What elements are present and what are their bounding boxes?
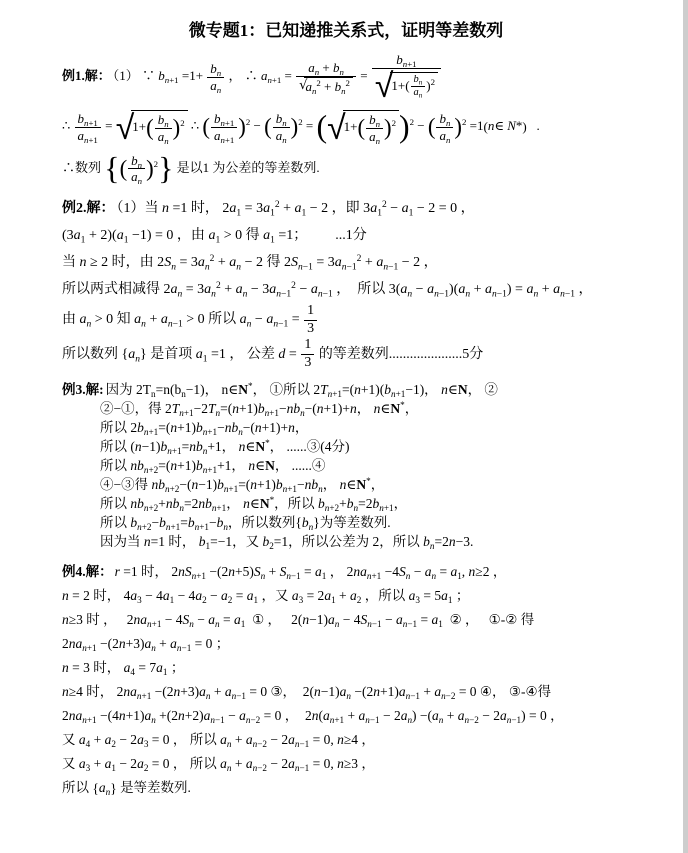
example-1-label: 例1.解： [62,68,111,83]
math-line: ∴ bn+1an+1 = √1+(bnan)2 ∴ (bn+1an+1)2 − … [62,110,630,144]
example-4-solution: 例4.解：r =1 时， 2nSn+1 −(2n+5)Sn + Sn−1 = a… [62,560,630,800]
example-1-solution: 例1.解：（1） ∵ bn+1 =1+ bnan ， ∴ an+1 = an +… [62,52,630,185]
math-line: 所以 bn+2−bn+1=bn+1−bn，所以数列{bn}为等差数列. [62,513,630,532]
formula: 所以数列 {an} 是首项 a1 =1 ， 公差 d = 13 的等差数列...… [62,347,483,362]
math-line: 因为当 n=1 时， b1=−1，又 b2=1，所以公差为 2，所以 bn=2n… [62,532,630,551]
math-line: 例1.解：（1） ∵ bn+1 =1+ bnan ， ∴ an+1 = an +… [62,52,630,102]
formula: 所以 {an} 是等差数列. [62,780,191,795]
formula: 所以 nbn+2+nbn=2nbn+1， n∈N*，所以 bn+2+bn=2bn… [100,496,407,511]
formula: 又 a3 + a1 − 2a2 = 0 ， 所以 an + an−2 − 2an… [62,756,375,771]
formula: 2nan+1 −(2n+3)an + an−1 = 0 ； [62,636,229,651]
formula: 所以两式相减得 2an = 3an2 + an − 3an−12 − an−1 … [62,282,593,297]
math-line: 所以数列 {an} 是首项 a1 =1 ， 公差 d = 13 的等差数列...… [62,337,630,372]
formula: ∴ bn+1an+1 = √1+(bnan)2 ∴ (bn+1an+1)2 − … [62,118,540,133]
math-line: ∴数列 {(bnan)2} 是以1 为公差的等差数列. [62,153,630,185]
math-line: n = 3 时， a4 = 7a1 ； [62,656,630,680]
math-line: 所以两式相减得 2an = 3an2 + an − 3an−12 − an−1 … [62,276,630,303]
formula: 所以 2bn+1=(n+1)bn+1−nbn−(n+1)+n， [100,420,308,435]
math-line: 例2.解：（1）当 n =1 时， 2a1 = 3a12 + a1 − 2 ，即… [62,195,630,222]
math-line: 所以 {an} 是等差数列. [62,776,630,800]
math-line: 当 n ≥ 2 时，由 2Sn = 3an2 + an − 2 得 2Sn−1 … [62,249,630,276]
math-document: 微专题1：已知递推关系式，证明等差数列 例1.解：（1） ∵ bn+1 =1+ … [0,0,688,800]
formula: 当 n ≥ 2 时，由 2Sn = 3an2 + an − 2 得 2Sn−1 … [62,255,438,270]
formula: 2nan+1 −(4n+1)an +(2n+2)an−1 − an−2 = 0 … [62,708,564,723]
example-2-label: 例2.解： [62,201,115,216]
formula: ④−③得 nbn+2−(n−1)bn+1=(n+1)bn+1−nbn， n∈N*… [100,477,384,492]
math-line: (3a1 + 2)(a1 −1) = 0 ，由 a1 > 0 得 a1 =1； … [62,222,630,249]
math-line: 例4.解：r =1 时， 2nSn+1 −(2n+5)Sn + Sn−1 = a… [62,560,630,584]
formula: 所以 nbn+2=(n+1)bn+1+1， n∈N， ......④ [100,458,325,473]
math-line: 例3.解:因为 2Tn=n(bn−1)， n∈N*， ①所以 2Tn+1=(n+… [62,380,630,399]
math-line: 所以 (n−1)bn+1=nbn+1， n∈N*， ......③(4分) [62,437,630,456]
formula: 因为当 n=1 时， b1=−1，又 b2=1，所以公差为 2，所以 bn=2n… [100,534,473,549]
formula: r =1 时， 2nSn+1 −(2n+5)Sn + Sn−1 = a1 ， 2… [115,564,507,579]
formula: （1） ∵ bn+1 =1+ bnan ， ∴ an+1 = an + bn√a… [113,68,442,83]
math-line: 由 an > 0 知 an + an−1 > 0 所以 an − an−1 = … [62,303,630,338]
page-title: 微专题1：已知递推关系式，证明等差数列 [62,20,630,42]
math-line: 又 a3 + a1 − 2a2 = 0 ， 所以 an + an−2 − 2an… [62,752,630,776]
math-line: 2nan+1 −(4n+1)an +(2n+2)an−1 − an−2 = 0 … [62,704,630,728]
formula: ∴数列 {(bnan)2} 是以1 为公差的等差数列. [62,160,320,175]
formula: ②−①，得 2Tn+1−2Tn=(n+1)bn+1−nbn−(n+1)+n， n… [100,401,418,416]
formula: 所以 bn+2−bn+1=bn+1−bn，所以数列{bn}为等差数列. [100,515,391,530]
example-4-label: 例4.解： [62,564,113,579]
formula: （1）当 n =1 时， 2a1 = 3a12 + a1 − 2 ，即 3a12… [117,201,475,216]
math-line: 所以 2bn+1=(n+1)bn+1−nbn−(n+1)+n， [62,418,630,437]
example-2-solution: 例2.解：（1）当 n =1 时， 2a1 = 3a12 + a1 − 2 ，即… [62,195,630,372]
formula: 又 a4 + a2 − 2a3 = 0 ， 所以 an + an−2 − 2an… [62,732,375,747]
page-edge-strip [683,0,688,853]
worksheet-page: { "colors": { "text": "#000000", "bg": "… [0,0,688,853]
formula: 所以 (n−1)bn+1=nbn+1， n∈N*， ......③(4分) [100,439,350,454]
formula: 由 an > 0 知 an + an−1 > 0 所以 an − an−1 = … [62,312,318,327]
formula: n = 2 时， 4a3 − 4a1 − 4a2 − a2 = a1 ，又 a3… [62,588,469,603]
math-line: ②−①，得 2Tn+1−2Tn=(n+1)bn+1−nbn−(n+1)+n， n… [62,399,630,418]
math-line: 所以 nbn+2+nbn=2nbn+1， n∈N*，所以 bn+2+bn=2bn… [62,494,630,513]
math-line: ④−③得 nbn+2−(n−1)bn+1=(n+1)bn+1−nbn， n∈N*… [62,475,630,494]
formula: n = 3 时， a4 = 7a1 ； [62,660,184,675]
math-line: n≥4 时， 2nan+1 −(2n+3)an + an−1 = 0 ③， 2(… [62,680,630,704]
formula: (3a1 + 2)(a1 −1) = 0 ，由 a1 > 0 得 a1 =1； … [62,228,367,243]
math-line: n = 2 时， 4a3 − 4a1 − 4a2 − a2 = a1 ，又 a3… [62,584,630,608]
formula: n≥4 时， 2nan+1 −(2n+3)an + an−1 = 0 ③， 2(… [62,684,551,699]
math-line: n≥3 时 ， 2nan+1 − 4Sn − an = a1 ① ， 2(n−1… [62,608,630,632]
math-line: 又 a4 + a2 − 2a3 = 0 ， 所以 an + an−2 − 2an… [62,728,630,752]
math-line: 所以 nbn+2=(n+1)bn+1+1， n∈N， ......④ [62,456,630,475]
formula: n≥3 时 ， 2nan+1 − 4Sn − an = a1 ① ， 2(n−1… [62,612,534,627]
math-line: 2nan+1 −(2n+3)an + an−1 = 0 ； [62,632,630,656]
example-3-solution: 例3.解:因为 2Tn=n(bn−1)， n∈N*， ①所以 2Tn+1=(n+… [62,380,630,551]
formula: 因为 2Tn=n(bn−1)， n∈N*， ①所以 2Tn+1=(n+1)(bn… [106,382,498,397]
example-3-label: 例3.解: [62,382,104,397]
